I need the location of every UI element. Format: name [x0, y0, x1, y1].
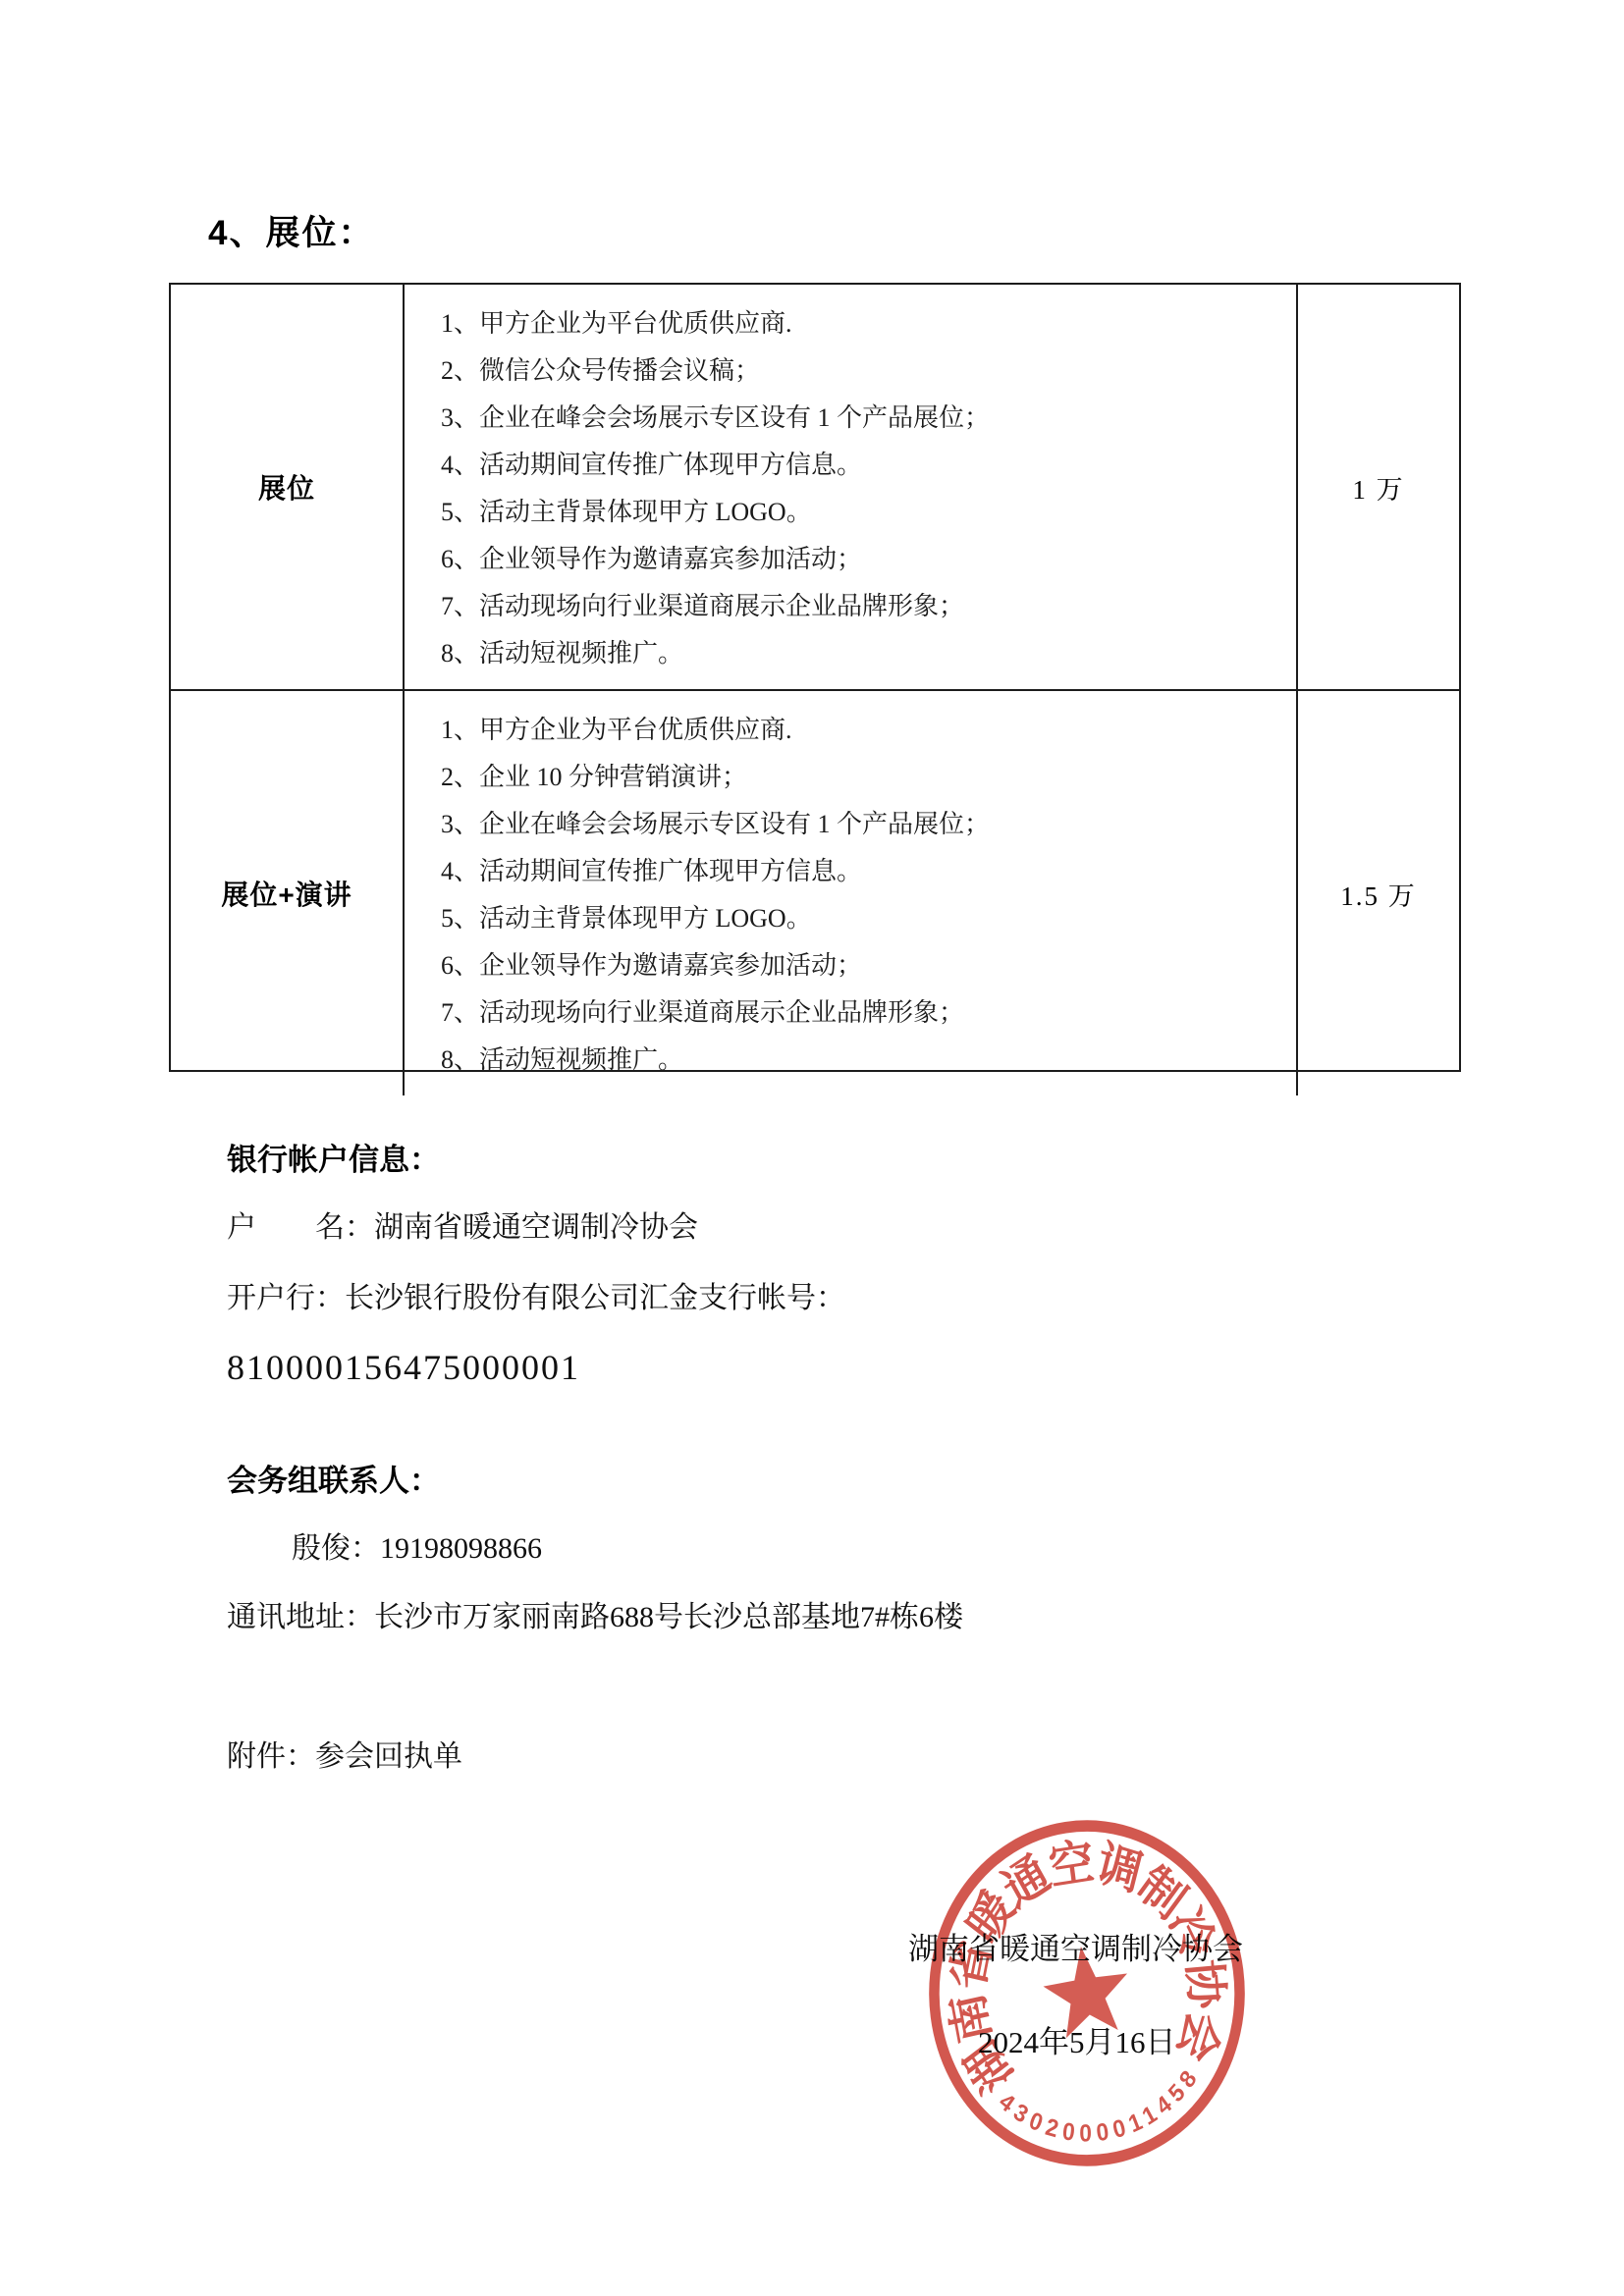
booth-table: 展位 1、甲方企业为平台优质供应商.2、微信公众号传播会议稿；3、企业在峰会会场…: [169, 283, 1461, 1072]
section-heading: 4、展位：: [208, 206, 374, 255]
booth-benefit-item: 8、活动短视频推广。: [441, 630, 1290, 677]
booth-benefit-item: 8、活动短视频推广。: [441, 1037, 1290, 1084]
booth-benefit-item: 2、企业 10 分钟营销演讲；: [441, 754, 1290, 801]
booth-benefit-item: 5、活动主背景体现甲方 LOGO。: [441, 489, 1290, 536]
bank-branch-line: 开户行：长沙银行股份有限公司汇金支行帐号：: [227, 1281, 845, 1316]
bank-account-number: 810000156475000001: [227, 1347, 580, 1389]
bank-info-heading: 银行帐户信息：: [227, 1142, 440, 1178]
booth-speech-row-price: 1.5 万: [1296, 691, 1459, 1095]
booth-benefit-item: 1、甲方企业为平台优质供应商.: [441, 707, 1290, 754]
official-seal-stamp: 湖南省暖通空调制冷协会 4302000011458: [928, 1819, 1246, 2167]
booth-benefit-item: 3、企业在峰会会场展示专区设有 1 个产品展位；: [441, 395, 1290, 442]
booth-benefit-item: 6、企业领导作为邀请嘉宾参加活动；: [441, 942, 1290, 989]
attachment-line: 附件：参会回执单: [227, 1739, 462, 1775]
booth-benefit-item: 5、活动主背景体现甲方 LOGO。: [441, 895, 1290, 942]
contact-person-line: 殷俊：19198098866: [292, 1531, 542, 1567]
booth-benefit-item: 6、企业领导作为邀请嘉宾参加活动；: [441, 536, 1290, 583]
booth-benefit-item: 1、甲方企业为平台优质供应商.: [441, 300, 1290, 347]
booth-speech-row-benefits: 1、甲方企业为平台优质供应商.2、企业 10 分钟营销演讲；3、企业在峰会会场展…: [405, 691, 1296, 1095]
contact-address-line: 通讯地址：长沙市万家丽南路688号长沙总部基地7#栋6楼: [227, 1600, 963, 1635]
booth-benefit-item: 3、企业在峰会会场展示专区设有 1 个产品展位；: [441, 801, 1290, 848]
booth-benefit-item: 4、活动期间宣传推广体现甲方信息。: [441, 848, 1290, 895]
booth-benefit-item: 7、活动现场向行业渠道商展示企业品牌形象；: [441, 989, 1290, 1037]
seal-star-icon: [1039, 1940, 1134, 2040]
booth-row-benefits: 1、甲方企业为平台优质供应商.2、微信公众号传播会议稿；3、企业在峰会会场展示专…: [405, 285, 1296, 691]
bank-account-name: 户 名：湖南省暖通空调制冷协会: [227, 1210, 698, 1246]
booth-speech-row-label: 展位+演讲: [171, 691, 405, 1095]
booth-benefit-item: 2、微信公众号传播会议稿；: [441, 347, 1290, 395]
booth-benefit-item: 7、活动现场向行业渠道商展示企业品牌形象；: [441, 583, 1290, 630]
document-page: 4、展位： 展位 1、甲方企业为平台优质供应商.2、微信公众号传播会议稿；3、企…: [0, 0, 1624, 2296]
booth-benefit-item: 4、活动期间宣传推广体现甲方信息。: [441, 442, 1290, 489]
contact-heading: 会务组联系人：: [227, 1463, 440, 1499]
booth-row-label: 展位: [171, 285, 405, 691]
booth-row-price: 1 万: [1296, 285, 1459, 691]
